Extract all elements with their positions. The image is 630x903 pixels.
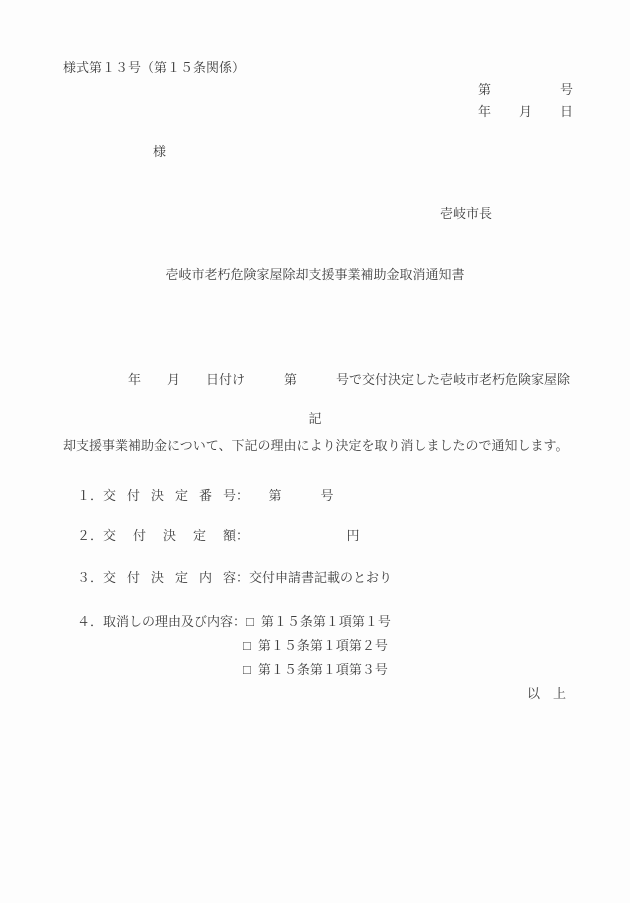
reason-option-row: □第１５条第１項第３号: [230, 645, 388, 696]
form-number: 様式第１３号（第１５条関係）: [63, 60, 245, 77]
checkbox-icon: □: [243, 662, 251, 677]
item-label: 取消しの理由及び内容: [103, 614, 233, 629]
item-value: 第 号: [243, 488, 334, 503]
date-year: 年: [478, 104, 491, 121]
body-line-1: 年 月 日付け 第 号で交付決定した壱岐市老朽危険家屋除: [63, 369, 570, 391]
date-month: 月: [519, 104, 532, 121]
item-number: １．: [77, 488, 103, 503]
item-colon: ：: [236, 570, 249, 585]
body-line-2: 却支援事業補助金について、下記の理由により決定を取り消しましたので通知します。: [63, 435, 570, 457]
item-label: 交付決定内容: [103, 570, 236, 587]
date-day: 日: [560, 104, 573, 121]
doc-number-line: 第 号: [478, 82, 573, 99]
document-page: 様式第１３号（第１５条関係） 第 号 年 月 日 様 壱岐市長 壱岐市老朽危険家…: [0, 0, 630, 903]
item-number: ３．: [77, 570, 103, 585]
item-value: 円: [243, 528, 360, 543]
closing-mark: 以 上: [527, 686, 566, 703]
item-label: 交付決定額: [103, 528, 236, 545]
item-number: ２．: [77, 528, 103, 543]
item-number: ４．: [77, 614, 103, 629]
date-line: 年 月 日: [478, 104, 573, 121]
doc-number-prefix: 第: [478, 82, 491, 99]
recipient-honorific: 様: [153, 144, 166, 161]
section-mark: 記: [0, 411, 630, 428]
reason-option-label: 第１５条第１項第３号: [258, 662, 388, 677]
item-value: 交付申請書記載のとおり: [249, 570, 392, 585]
sender-name: 壱岐市長: [440, 206, 492, 223]
item-label: 交付決定番号: [103, 488, 236, 505]
doc-number-suffix: 号: [560, 82, 573, 99]
document-title: 壱岐市老朽危険家屋除却支援事業補助金取消通知書: [0, 267, 630, 284]
